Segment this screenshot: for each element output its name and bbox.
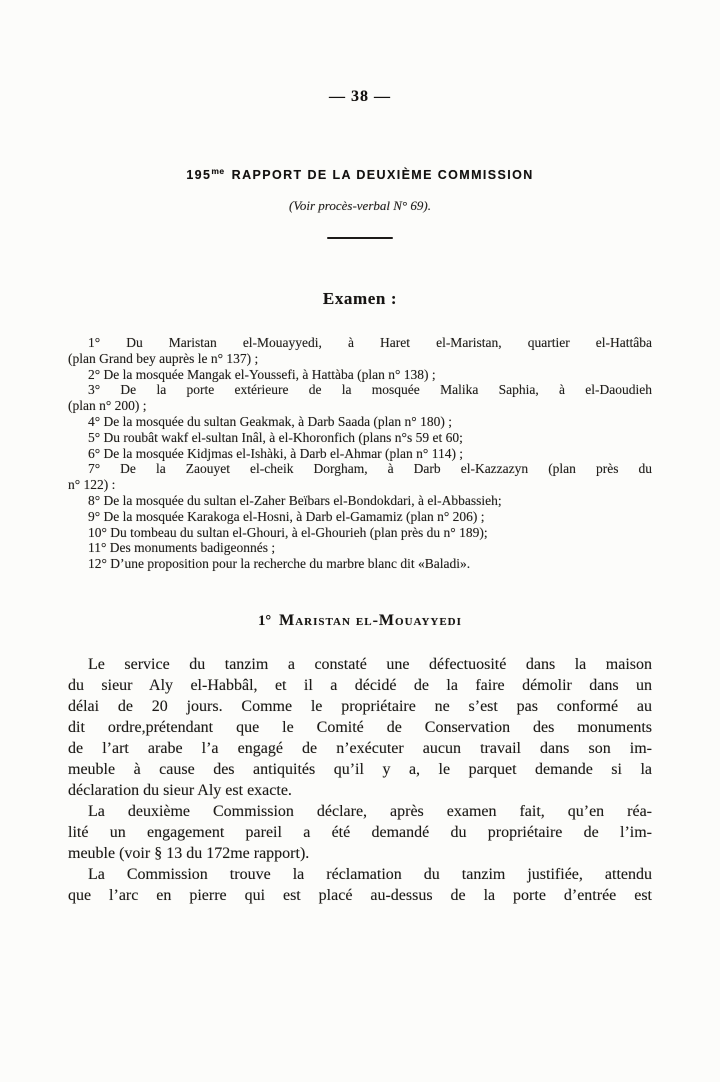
body-line: meuble à cause des antiquités qu’il y a,… (68, 759, 652, 780)
body-line: déclaration du sieur Aly est exacte. (68, 780, 652, 801)
examen-line: 5° Du roubât wakf el-sultan Inâl, à el-K… (68, 430, 652, 446)
body-line: dit ordre,prétendant que le Comité de Co… (68, 717, 652, 738)
examen-line: 10° Du tombeau du sultan el-Ghouri, à el… (68, 525, 652, 541)
examen-heading: Examen : (0, 289, 720, 309)
body-line: Le service du tanzim a constaté une défe… (68, 654, 652, 675)
page-number: — 38 — (0, 88, 720, 106)
body-line: de l’art arabe l’a engagé de n’exécuter … (68, 738, 652, 759)
body-line: délai de 20 jours. Comme le propriétaire… (68, 696, 652, 717)
examen-line: (plan Grand bey auprès le n° 137) ; (68, 351, 652, 367)
section-heading: 1°Maristan el-Mouayyedi (0, 612, 720, 630)
body-line: que l’arc en pierre qui est placé au-des… (68, 885, 652, 906)
examen-line: 1° Du Maristan el-Mouayyedi, à Haret el-… (68, 335, 652, 351)
body-line: meuble (voir § 13 du 172me rapport). (68, 843, 652, 864)
body-line: La Commission trouve la réclamation du t… (68, 864, 652, 885)
body-line: La deuxième Commission déclare, après ex… (68, 801, 652, 822)
document-page: — 38 — 195meRAPPORT DE LA DEUXIÈME COMMI… (0, 0, 720, 1082)
report-number-ordinal: me (211, 166, 224, 176)
body-line: du sieur Aly el-Habbâl, et il a décidé d… (68, 675, 652, 696)
examen-line: 9° De la mosquée Karakoga el-Hosni, à Da… (68, 509, 652, 525)
examen-line: 8° De la mosquée du sultan el-Zaher Beïb… (68, 493, 652, 509)
examen-line: 3° De la porte extérieure de la mosquée … (68, 382, 652, 398)
examen-line: 2° De la mosquée Mangak el-Youssefi, à H… (68, 367, 652, 383)
report-title-text: RAPPORT DE LA DEUXIÈME COMMISSION (232, 168, 534, 182)
examen-line: n° 122) : (68, 477, 652, 493)
divider-rule (327, 237, 393, 239)
report-subtitle: (Voir procès-verbal N° 69). (0, 198, 720, 214)
examen-line: 7° De la Zaouyet el-cheik Dorgham, à Dar… (68, 461, 652, 477)
examen-line: 4° De la mosquée du sultan Geakmak, à Da… (68, 414, 652, 430)
report-number: 195 (186, 168, 211, 182)
body-line: lité un engagement pareil a été demandé … (68, 822, 652, 843)
section-title: Maristan el-Mouayyedi (279, 612, 462, 629)
examen-line: (plan n° 200) ; (68, 398, 652, 414)
examen-list: 1° Du Maristan el-Mouayyedi, à Haret el-… (68, 335, 652, 572)
report-title: 195meRAPPORT DE LA DEUXIÈME COMMISSION (0, 166, 720, 182)
examen-line: 11° Des monuments badigeonnés ; (68, 540, 652, 556)
examen-line: 12° D’une proposition pour la recherche … (68, 556, 652, 572)
examen-line: 6° De la mosquée Kidjmas el-Ishàki, à Da… (68, 446, 652, 462)
section-number: 1° (258, 613, 271, 629)
body-text: Le service du tanzim a constaté une défe… (68, 654, 652, 906)
